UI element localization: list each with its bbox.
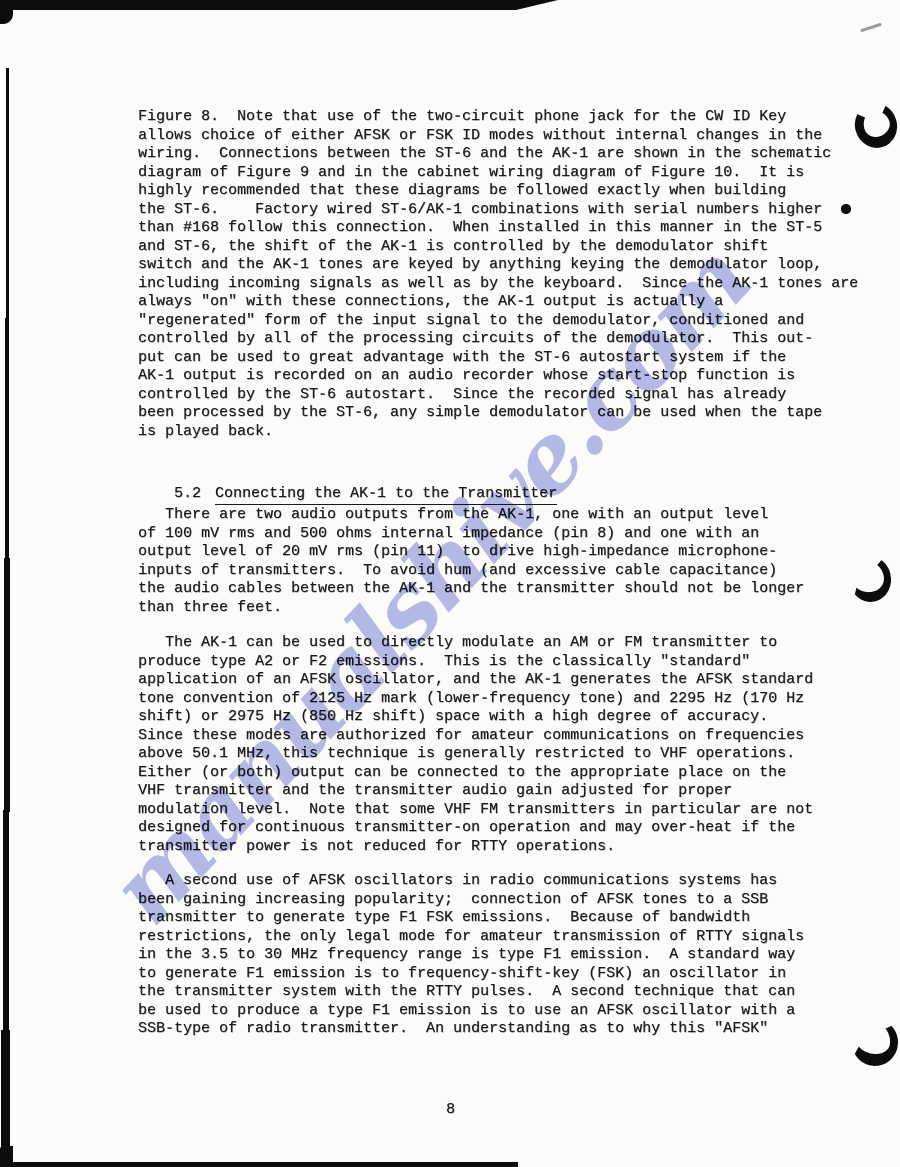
section-title: Connecting the AK-1 to the Transmitter: [215, 485, 557, 506]
text-line: diagram of Figure 9 and in the cabinet w…: [138, 164, 858, 183]
text-line: shift) or 2975 Hz (850 Hz shift) space w…: [138, 708, 813, 727]
text-line: including incoming signals as well as by…: [138, 275, 858, 294]
scanned-page: Figure 8. Note that use of the two-circu…: [0, 0, 900, 1167]
bottom-edge-scan-bar: [0, 1162, 518, 1167]
text-line: SSB-type of radio transmitter. An unders…: [138, 1020, 804, 1039]
text-line: modulation level. Note that some VHF FM …: [138, 801, 813, 820]
text-line: wiring. Connections between the ST-6 and…: [138, 145, 858, 164]
text-line: above 50.1 MHz, this technique is genera…: [138, 745, 813, 764]
text-line: Either (or both) output can be connected…: [138, 764, 813, 783]
text-line: switch and the AK-1 tones are keyed by a…: [138, 256, 858, 275]
text-line: the ST-6. Factory wired ST-6/AK-1 combin…: [138, 201, 858, 220]
text-line: be used to produce a type F1 emission is…: [138, 1002, 804, 1021]
text-line: tone convention of 2125 Hz mark (lower-f…: [138, 690, 813, 709]
punch-hole-crescent-icon: [846, 553, 894, 604]
left-edge-scan-bar: [4, 558, 10, 812]
text-line: the audio cables between the AK-1 and th…: [138, 580, 804, 599]
text-line: designed for continuous transmitter-on o…: [138, 819, 813, 838]
text-line: transmitter power is not reduced for RTT…: [138, 838, 813, 857]
text-line: and ST-6, the shift of the AK-1 is contr…: [138, 238, 858, 257]
top-edge-scan-bar: [0, 0, 516, 10]
text-line: Figure 8. Note that use of the two-circu…: [138, 108, 858, 127]
body-paragraph-1: Figure 8. Note that use of the two-circu…: [138, 108, 858, 441]
top-edge-scan-bar-taper: [516, 0, 558, 10]
text-line: than three feet.: [138, 599, 804, 618]
text-line: in the 3.5 to 30 MHz frequency range is …: [138, 946, 804, 965]
text-line: been gaining increasing popularity; conn…: [138, 891, 804, 910]
text-line: inputs of transmitters. To avoid hum (an…: [138, 562, 804, 581]
body-paragraph-2: There are two audio outputs from the AK-…: [138, 506, 804, 617]
text-line: to generate F1 emission is to frequency-…: [138, 965, 804, 984]
text-line: application of an AFSK oscillator, and t…: [138, 671, 813, 690]
text-line: transmitter to generate type F1 FSK emis…: [138, 909, 804, 928]
text-line: controlled by all of the processing circ…: [138, 330, 858, 349]
text-line: The AK-1 can be used to directly modulat…: [138, 634, 813, 653]
text-line: produce type A2 or F2 emissions. This is…: [138, 653, 813, 672]
text-line: "regenerated" form of the input signal t…: [138, 312, 858, 331]
text-line: put can be used to great advantage with …: [138, 349, 858, 368]
punch-hole-crescent-icon: [850, 1017, 900, 1069]
text-line: Since these modes are authorized for ama…: [138, 727, 813, 746]
text-line: the transmitter system with the RTTY pul…: [138, 983, 804, 1002]
text-line: A second use of AFSK oscillators in radi…: [138, 872, 804, 891]
left-edge-scan-bar: [3, 810, 9, 1036]
top-left-corner-scan-mark: [0, 0, 13, 24]
text-line: controlled by the ST-6 autostart. Since …: [138, 386, 858, 405]
text-line: output level of 20 mV rms (pin 11) to dr…: [138, 543, 804, 562]
text-line: VHF transmitter and the transmitter audi…: [138, 782, 813, 801]
body-paragraph-3: The AK-1 can be used to directly modulat…: [138, 634, 813, 856]
text-line: restrictions, the only legal mode for am…: [138, 928, 804, 947]
text-line: There are two audio outputs from the AK-…: [138, 506, 804, 525]
text-line: of 100 mV rms and 500 ohms internal impe…: [138, 525, 804, 544]
page-number: 8: [446, 1101, 455, 1120]
text-line: AK-1 output is recorded on an audio reco…: [138, 367, 858, 386]
left-edge-scan-bar: [6, 68, 9, 320]
scan-speck: [860, 23, 882, 33]
body-paragraph-4: A second use of AFSK oscillators in radi…: [138, 872, 804, 1039]
text-line: than #168 follow this connection. When i…: [138, 219, 858, 238]
text-line: is played back.: [138, 423, 858, 442]
text-line: allows choice of either AFSK or FSK ID m…: [138, 127, 858, 146]
section-number: 5.2: [174, 485, 201, 502]
text-line: highly recommended that these diagrams b…: [138, 182, 858, 201]
text-line: always "on" with these connections, the …: [138, 293, 858, 312]
text-line: been processed by the ST-6, any simple d…: [138, 404, 858, 423]
